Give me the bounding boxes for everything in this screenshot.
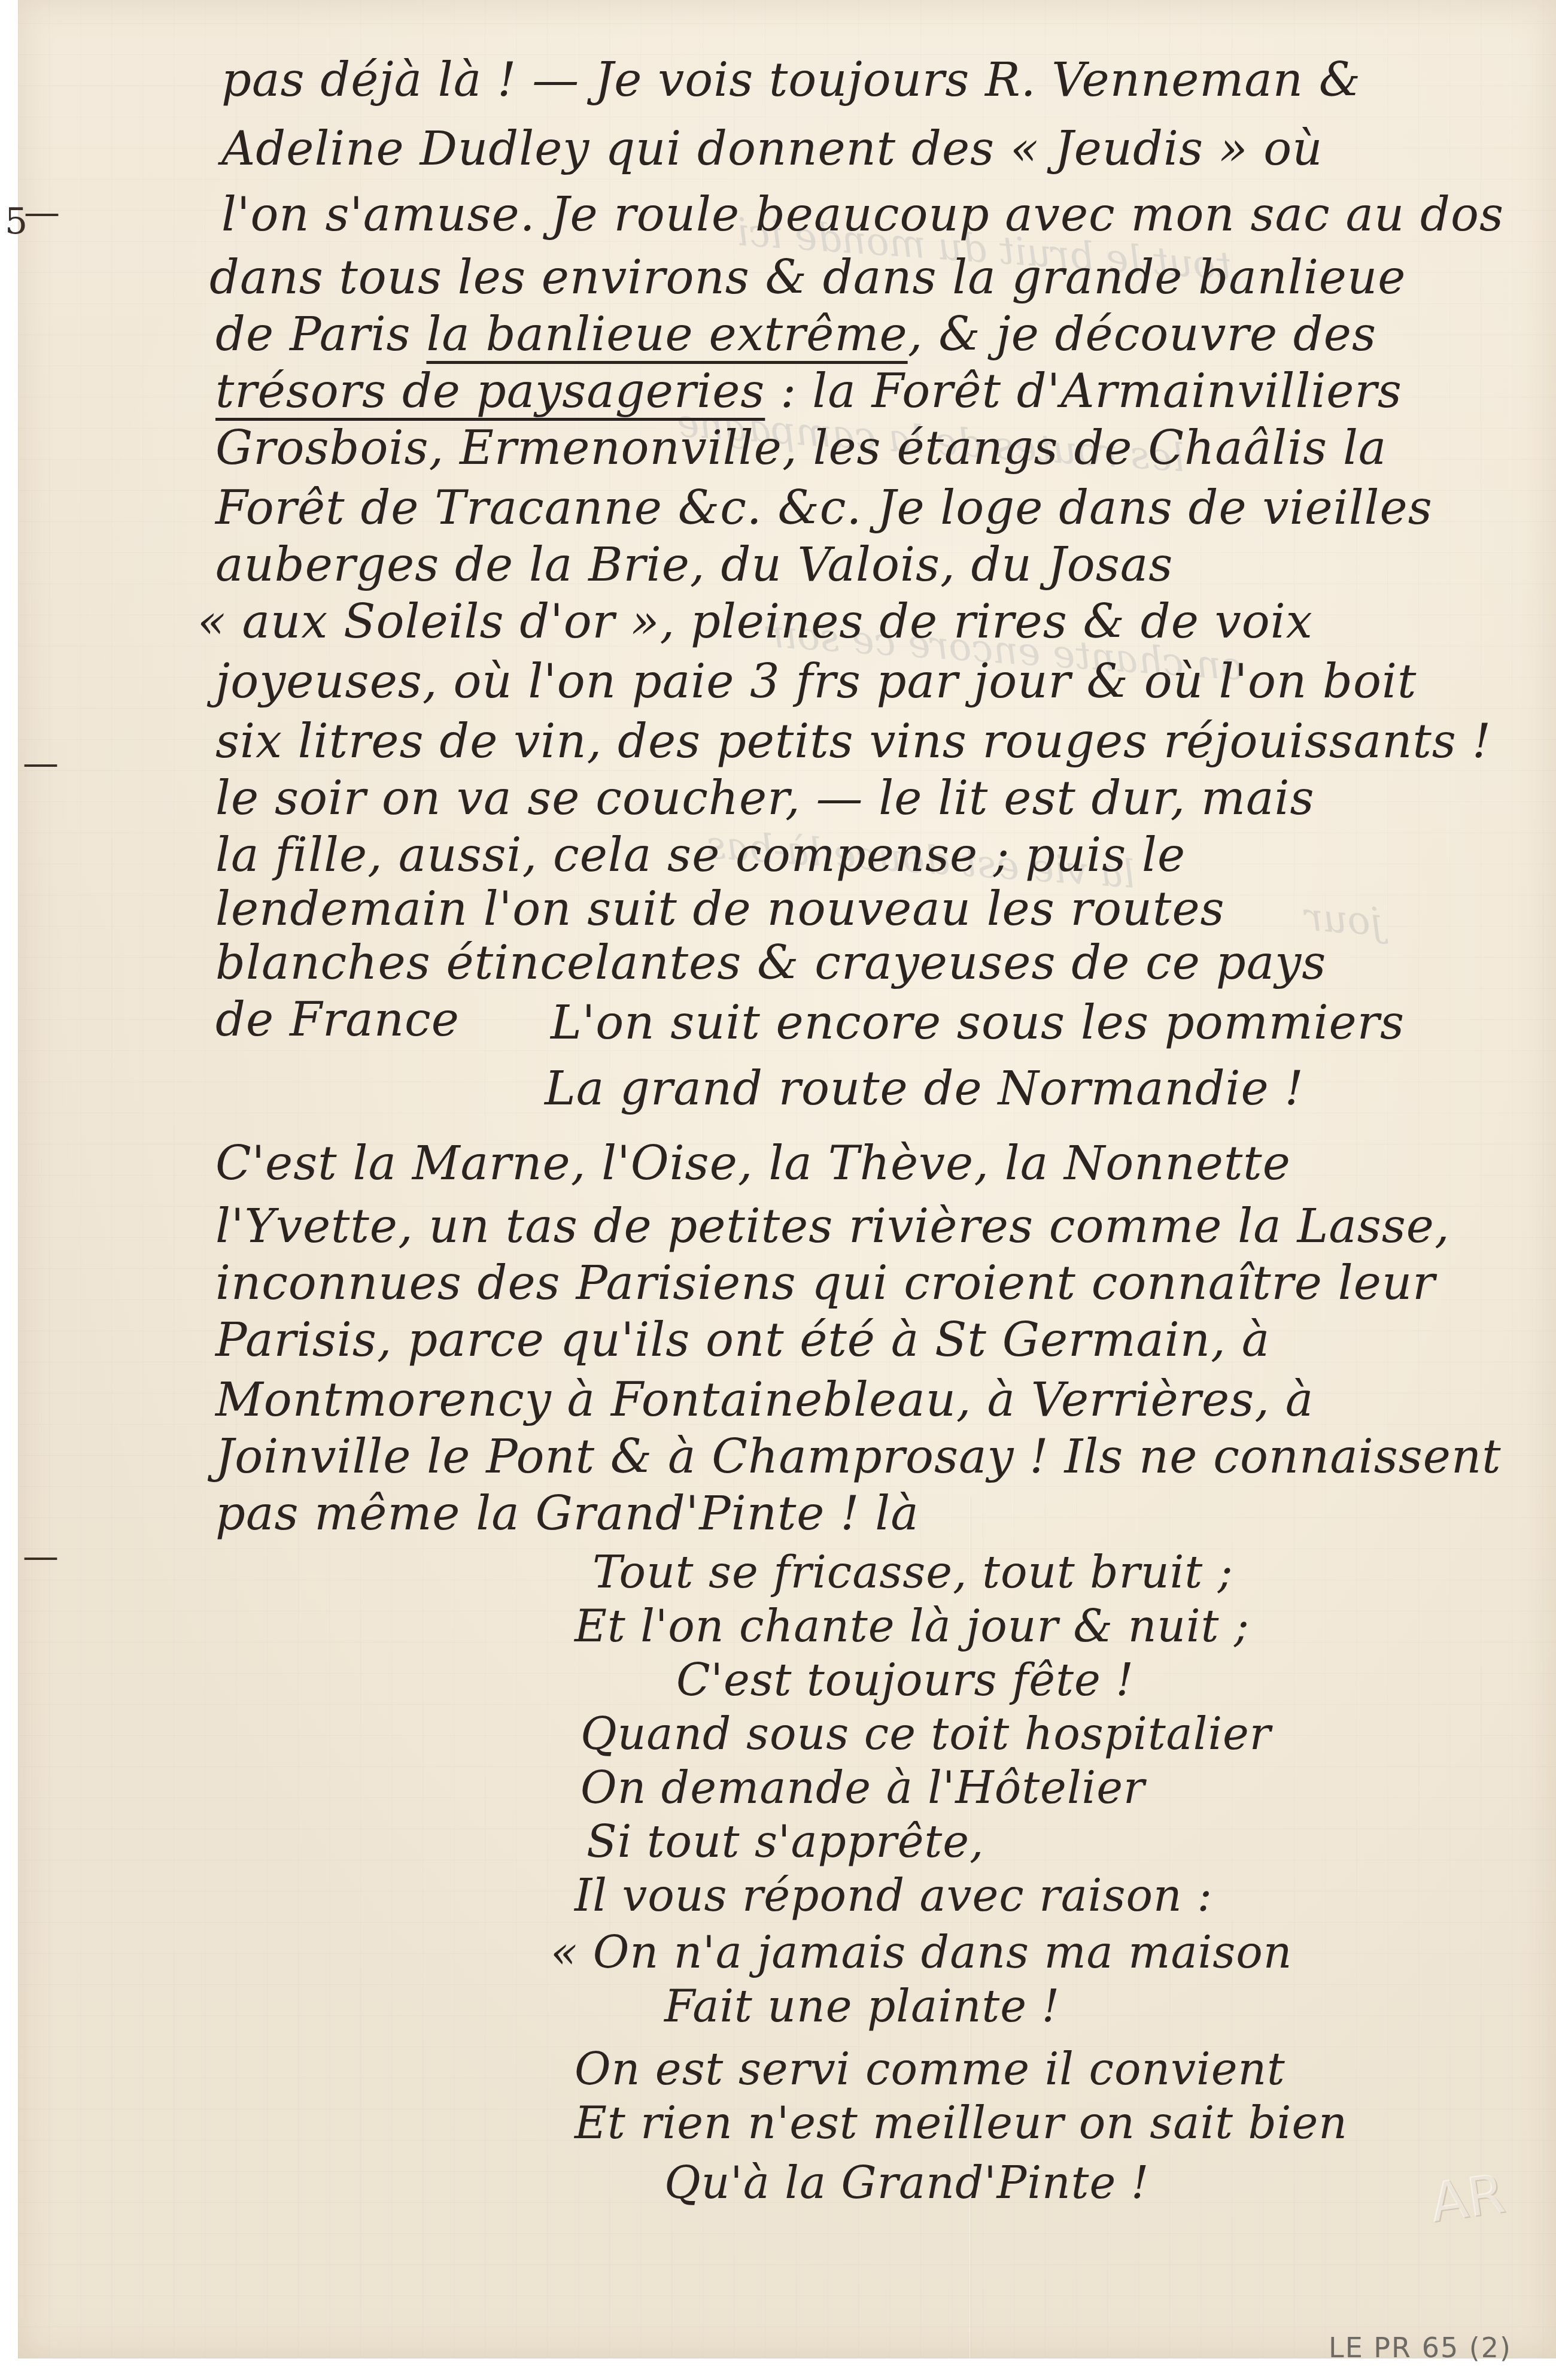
text-line: six litres de vin, des petits vins rouge… [215, 718, 1491, 765]
letter-page: tout le bruit du monde ici les routes de… [18, 0, 1556, 2358]
text-line: Parisis, parce qu'ils ont été à St Germa… [215, 1317, 1270, 1364]
text-line: inconnues des Parisiens qui croient conn… [215, 1260, 1435, 1307]
verse-line: Et l'on chante là jour & nuit ; [575, 1604, 1250, 1649]
verse-line: Fait une plainte ! [664, 1984, 1060, 2029]
text-line: de Paris la banlieue extrême, & je décou… [215, 311, 1376, 358]
text-line: le soir on va se coucher, — le lit est d… [215, 775, 1314, 822]
text-line: Forêt de Tracanne &c. &c. Je loge dans d… [215, 485, 1433, 532]
verse-line: C'est toujours fête ! [676, 1658, 1134, 1702]
text-line: de France [215, 997, 460, 1043]
margin-mark: — [23, 745, 59, 781]
text-line: Joinville le Pont & à Champrosay ! Ils n… [215, 1434, 1502, 1480]
text-line: lendemain l'on suit de nouveau les route… [215, 886, 1225, 933]
call-number: LE PR 65 (2) [1329, 2332, 1512, 2364]
text-line: l'Yvette, un tas de petites rivières com… [215, 1203, 1450, 1250]
verse-line: On est servi comme il convient [575, 2047, 1285, 2091]
text-line: pas même la Grand'Pinte ! là [215, 1490, 919, 1537]
text-line: La grand route de Normandie ! [545, 1065, 1304, 1112]
text-line: pas déjà là ! — Je vois toujours R. Venn… [221, 57, 1361, 104]
text-line: Adeline Dudley qui donnent des « Jeudis … [221, 126, 1323, 172]
text-line: auberges de la Brie, du Valois, du Josas [215, 542, 1173, 588]
text-line: blanches étincelantes & crayeuses de ce … [215, 940, 1326, 986]
text-line: « aux Soleils d'or », pleines de rires &… [197, 599, 1313, 645]
underlined-phrase: la banlieue extrême [426, 308, 907, 362]
text-line: dans tous les environs & dans la grande … [209, 254, 1406, 301]
verse-line: Qu'à la Grand'Pinte ! [664, 2161, 1150, 2205]
text-line: Montmorency à Fontainebleau, à Verrières… [215, 1377, 1314, 1423]
text-line: joyeuses, où l'on paie 3 frs par jour & … [215, 658, 1417, 705]
verse-line: Quand sous ce toit hospitalier [581, 1712, 1271, 1756]
verse-line: Il vous répond avec raison : [575, 1874, 1212, 1918]
text-line: C'est la Marne, l'Oise, la Thève, la Non… [215, 1140, 1291, 1187]
verse-line: Et rien n'est meilleur on sait bien [575, 2101, 1348, 2145]
text-segment: , & je découvre des [908, 308, 1376, 362]
text-segment: de Paris [215, 308, 426, 362]
verse-line: « On n'a jamais dans ma maison [551, 1930, 1292, 1975]
verse-line: On demande à l'Hôtelier [581, 1766, 1145, 1810]
text-line: trésors de paysageries : la Forêt d'Arma… [215, 368, 1402, 415]
text-line: la fille, aussi, cela se compense ; puis… [215, 832, 1186, 879]
text-line: L'on suit encore sous les pommiers [551, 1000, 1405, 1046]
text-line: l'on s'amuse. Je roule beaucoup avec mon… [221, 192, 1504, 238]
text-line: Grosbois, Ermenonville, les étangs de Ch… [215, 425, 1387, 472]
underlined-phrase: trésors de paysageries [215, 365, 765, 418]
verse-line: Si tout s'apprête, [586, 1820, 984, 1864]
blind-stamp: AR [1426, 2162, 1509, 2235]
text-segment: : la Forêt d'Armainvilliers [765, 365, 1402, 418]
margin-mark: — [23, 1538, 59, 1574]
verse-line: Tout se fricasse, tout bruit ; [592, 1550, 1233, 1595]
margin-mark: — [24, 195, 60, 230]
